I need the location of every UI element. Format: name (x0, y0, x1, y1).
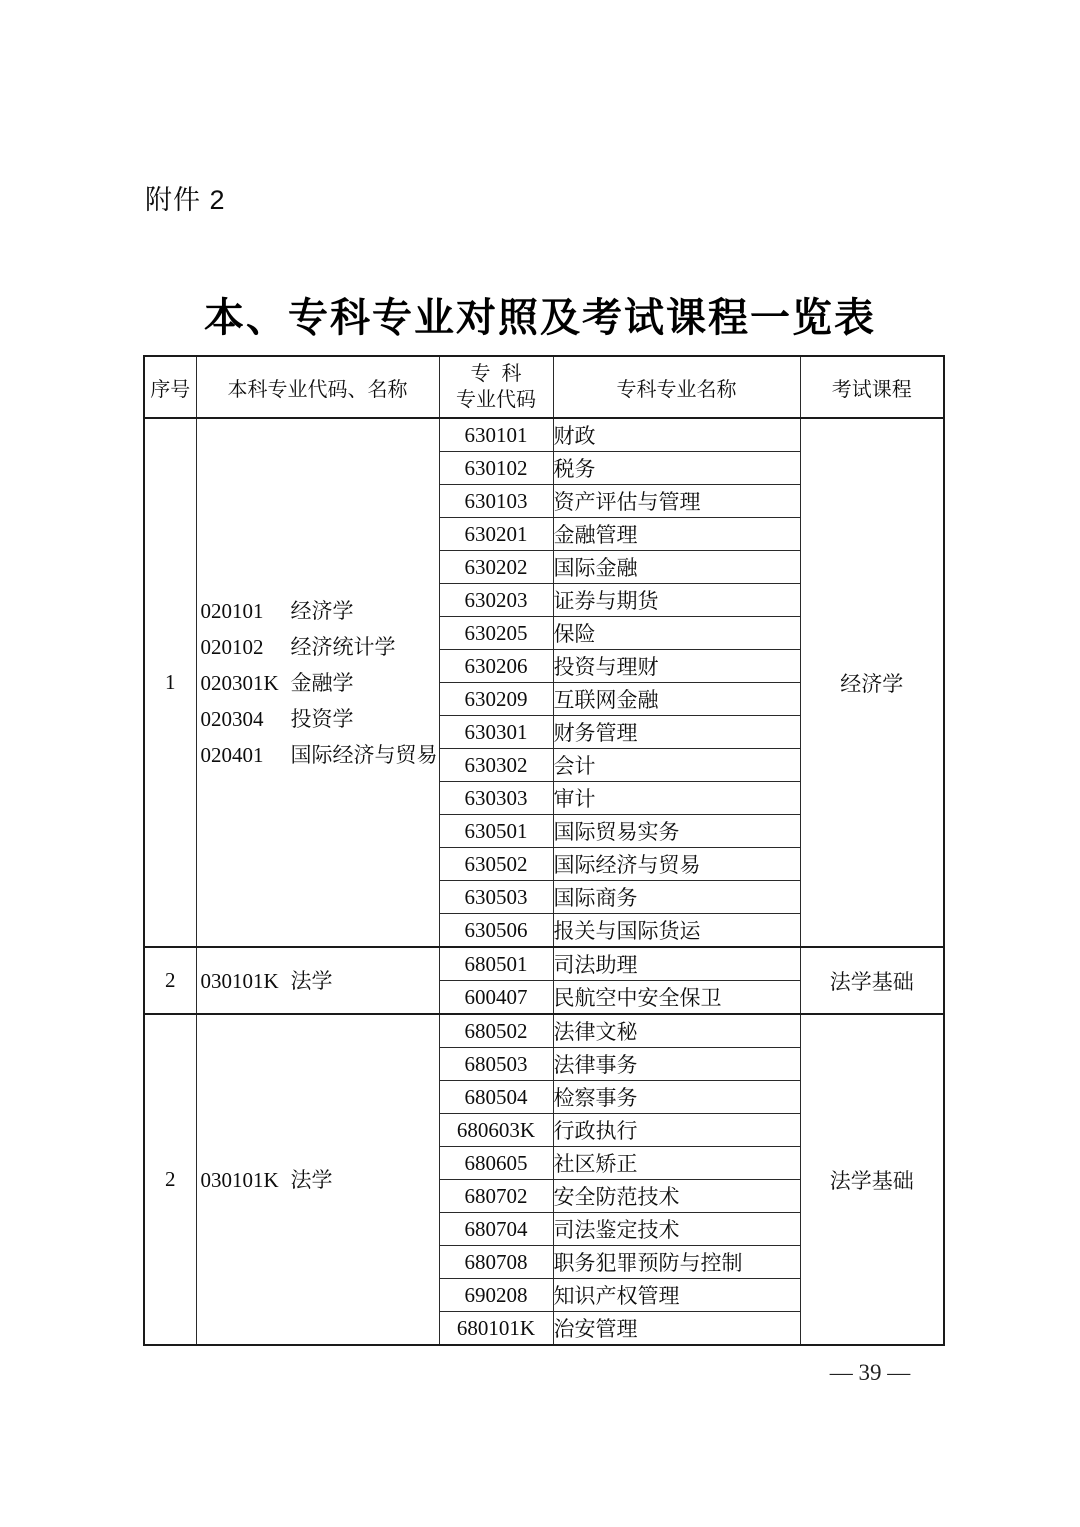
row-index: 2 (144, 947, 196, 1014)
college-major-code: 630501 (439, 815, 553, 848)
undergrad-major-name: 法学 (291, 969, 333, 993)
college-major-code: 630503 (439, 881, 553, 914)
college-major-name: 会计 (553, 749, 800, 782)
college-major-name: 治安管理 (553, 1312, 800, 1346)
undergrad-majors-list: 030101K法学 (197, 963, 439, 999)
table-row: 2030101K法学680501司法助理法学基础 (144, 947, 944, 981)
undergrad-major-code: 030101K (201, 963, 291, 999)
header-college-name: 专科专业名称 (553, 356, 800, 418)
college-major-code: 690208 (439, 1279, 553, 1312)
undergrad-majors-list: 020101经济学020102经济统计学020301K金融学020304投资学0… (197, 593, 439, 773)
college-major-code: 630302 (439, 749, 553, 782)
document-page: { "attachment_label": "附件 2", "title": "… (0, 0, 1080, 1527)
college-major-name: 互联网金融 (553, 683, 800, 716)
college-major-name: 司法助理 (553, 947, 800, 981)
college-major-code: 680101K (439, 1312, 553, 1346)
undergrad-major-code: 020401 (201, 737, 291, 773)
college-major-name: 国际金融 (553, 551, 800, 584)
undergrad-majors-cell: 030101K法学 (196, 1014, 439, 1345)
college-major-code: 630301 (439, 716, 553, 749)
undergrad-majors-cell: 030101K法学 (196, 947, 439, 1014)
college-major-name: 法律文秘 (553, 1014, 800, 1048)
college-major-code: 630205 (439, 617, 553, 650)
page-number: — 39 — (790, 1360, 950, 1386)
college-major-code: 680702 (439, 1180, 553, 1213)
header-college-code-line2: 专业代码 (440, 387, 553, 413)
college-major-code: 630201 (439, 518, 553, 551)
undergrad-major-name: 国际经济与贸易 (291, 743, 438, 767)
undergrad-major-line: 020401国际经济与贸易 (201, 737, 439, 773)
college-major-code: 630102 (439, 452, 553, 485)
college-major-code: 630103 (439, 485, 553, 518)
college-major-code: 630502 (439, 848, 553, 881)
college-major-name: 投资与理财 (553, 650, 800, 683)
undergrad-major-line: 030101K法学 (201, 1162, 439, 1198)
college-major-code: 600407 (439, 981, 553, 1015)
exam-course-cell: 经济学 (800, 418, 944, 947)
table-header: 序号 本科专业代码、名称 专 科 专业代码 专科专业名称 考试课程 (144, 356, 944, 418)
college-major-name: 国际经济与贸易 (553, 848, 800, 881)
table-row: 1020101经济学020102经济统计学020301K金融学020304投资学… (144, 418, 944, 452)
college-major-name: 民航空中安全保卫 (553, 981, 800, 1015)
college-major-name: 审计 (553, 782, 800, 815)
undergrad-major-code: 020101 (201, 593, 291, 629)
college-major-code: 680501 (439, 947, 553, 981)
college-major-name: 财政 (553, 418, 800, 452)
undergrad-major-name: 投资学 (291, 707, 354, 731)
row-index: 2 (144, 1014, 196, 1345)
college-major-code: 630506 (439, 914, 553, 948)
header-exam: 考试课程 (800, 356, 944, 418)
page-title: 本、专科专业对照及考试课程一览表 (0, 286, 1080, 343)
undergrad-major-name: 金融学 (291, 671, 354, 695)
header-index: 序号 (144, 356, 196, 418)
college-major-name: 职务犯罪预防与控制 (553, 1246, 800, 1279)
undergrad-majors-list: 030101K法学 (197, 1162, 439, 1198)
row-index: 1 (144, 418, 196, 947)
header-college-code: 专 科 专业代码 (439, 356, 553, 418)
undergrad-major-line: 020304投资学 (201, 701, 439, 737)
undergrad-major-line: 020301K金融学 (201, 665, 439, 701)
college-major-name: 法律事务 (553, 1048, 800, 1081)
undergrad-major-name: 经济统计学 (291, 635, 396, 659)
college-major-code: 680503 (439, 1048, 553, 1081)
college-major-name: 行政执行 (553, 1114, 800, 1147)
header-college-code-line1: 专 科 (440, 361, 553, 387)
undergrad-major-code: 020304 (201, 701, 291, 737)
college-major-name: 国际贸易实务 (553, 815, 800, 848)
undergrad-major-name: 经济学 (291, 599, 354, 623)
header-row: 序号 本科专业代码、名称 专 科 专业代码 专科专业名称 考试课程 (144, 356, 944, 418)
college-major-name: 司法鉴定技术 (553, 1213, 800, 1246)
college-major-name: 金融管理 (553, 518, 800, 551)
undergrad-major-name: 法学 (291, 1168, 333, 1192)
college-major-name: 安全防范技术 (553, 1180, 800, 1213)
college-major-code: 680704 (439, 1213, 553, 1246)
college-major-code: 630206 (439, 650, 553, 683)
undergrad-major-code: 020301K (201, 665, 291, 701)
college-major-code: 630202 (439, 551, 553, 584)
college-major-code: 680603K (439, 1114, 553, 1147)
college-major-code: 630203 (439, 584, 553, 617)
exam-course-cell: 法学基础 (800, 1014, 944, 1345)
comparison-table: 序号 本科专业代码、名称 专 科 专业代码 专科专业名称 考试课程 102010… (143, 355, 945, 1346)
college-major-name: 税务 (553, 452, 800, 485)
college-major-name: 资产评估与管理 (553, 485, 800, 518)
college-major-name: 国际商务 (553, 881, 800, 914)
college-major-name: 社区矫正 (553, 1147, 800, 1180)
college-major-code: 630101 (439, 418, 553, 452)
undergrad-major-line: 020102经济统计学 (201, 629, 439, 665)
comparison-table-wrapper: 序号 本科专业代码、名称 专 科 专业代码 专科专业名称 考试课程 102010… (143, 355, 943, 1346)
college-major-code: 680605 (439, 1147, 553, 1180)
college-major-code: 630209 (439, 683, 553, 716)
college-major-code: 680502 (439, 1014, 553, 1048)
college-major-code: 680504 (439, 1081, 553, 1114)
undergrad-major-line: 020101经济学 (201, 593, 439, 629)
undergrad-major-code: 020102 (201, 629, 291, 665)
college-major-name: 证券与期货 (553, 584, 800, 617)
table-body: 1020101经济学020102经济统计学020301K金融学020304投资学… (144, 418, 944, 1345)
exam-course-cell: 法学基础 (800, 947, 944, 1014)
college-major-code: 680708 (439, 1246, 553, 1279)
attachment-label: 附件 2 (145, 178, 226, 217)
college-major-name: 检察事务 (553, 1081, 800, 1114)
college-major-name: 报关与国际货运 (553, 914, 800, 948)
header-undergrad: 本科专业代码、名称 (196, 356, 439, 418)
college-major-name: 财务管理 (553, 716, 800, 749)
undergrad-major-code: 030101K (201, 1162, 291, 1198)
college-major-name: 保险 (553, 617, 800, 650)
college-major-code: 630303 (439, 782, 553, 815)
college-major-name: 知识产权管理 (553, 1279, 800, 1312)
undergrad-majors-cell: 020101经济学020102经济统计学020301K金融学020304投资学0… (196, 418, 439, 947)
table-row: 2030101K法学680502法律文秘法学基础 (144, 1014, 944, 1048)
undergrad-major-line: 030101K法学 (201, 963, 439, 999)
